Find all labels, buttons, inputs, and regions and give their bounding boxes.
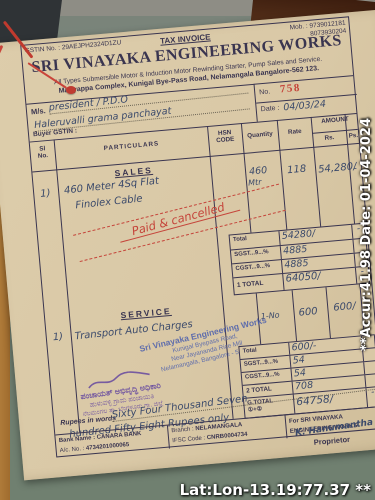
- no-label: No.: [259, 88, 270, 96]
- bank-name-value: CANARA BANK: [97, 431, 142, 441]
- gstin-value: 29AEJPH2324D1ZU: [62, 39, 122, 51]
- cgst-ps: [363, 361, 375, 374]
- branch-label: Branch :: [171, 426, 194, 434]
- ms-label: M/s.: [31, 106, 46, 116]
- gps-overlay-bottom: Lat:Lon-13.19:77.37 **: [180, 481, 371, 499]
- sales-row-qty2: Mtr: [248, 178, 262, 188]
- service-heading: SERVICE: [69, 301, 223, 324]
- invoice-number: 758: [279, 82, 301, 96]
- col-header-hsn: HSN CODE: [207, 128, 242, 145]
- service-row-sl: 1): [52, 331, 63, 343]
- ifsc-label: IFSC Code :: [172, 435, 205, 444]
- thread-knot: [66, 86, 76, 94]
- sales-row-amount: 54,280/: [318, 161, 357, 175]
- mobile-label: Mob. :: [289, 23, 308, 32]
- gps-overlay-side: **Accur:41.98 Date: 01-04-2024: [359, 118, 374, 351]
- sales-row-qty1: 460: [249, 165, 268, 178]
- col-sl-2: No.: [31, 152, 56, 161]
- account-label: A/c. No. :: [59, 446, 84, 454]
- date-label: Date :: [260, 105, 280, 121]
- sales-row-rate: 118: [287, 164, 307, 177]
- sales-row-sl: 1): [40, 188, 51, 200]
- bank-name-label: Bank Name :: [59, 435, 96, 444]
- invoice-photo: GSTIN No. : 29AEJPH2324D1ZU TAX INVOICE …: [0, 0, 375, 500]
- col-header-qty: Quantity: [242, 130, 278, 140]
- col-header-rs: Rs.: [312, 133, 347, 143]
- sales-row-particulars2: Finolex Cable: [75, 193, 143, 211]
- total1-label: 1 TOTAL: [233, 274, 284, 294]
- invoice-form: GSTIN No. : 29AEJPH2324D1ZU TAX INVOICE …: [20, 16, 375, 457]
- col-header-sl: Sl No.: [30, 144, 55, 161]
- service-row-rate: 600: [298, 306, 318, 319]
- sales-totals-table: Total 54280/ - SGST...9...% 4885 CGST...…: [229, 223, 371, 296]
- service-totals-table: Total 600/- SGST...9...% 54 CGST...9...%…: [238, 334, 375, 419]
- service-row-amount: 600/: [333, 301, 356, 314]
- col-hsn-2: CODE: [208, 135, 243, 145]
- col-header-rate: Rate: [278, 127, 313, 137]
- sales-row-ps: -: [353, 163, 358, 174]
- col-header-particulars: PARTICULARS: [54, 136, 208, 157]
- ifsc-value: CNRB0004734: [207, 431, 248, 441]
